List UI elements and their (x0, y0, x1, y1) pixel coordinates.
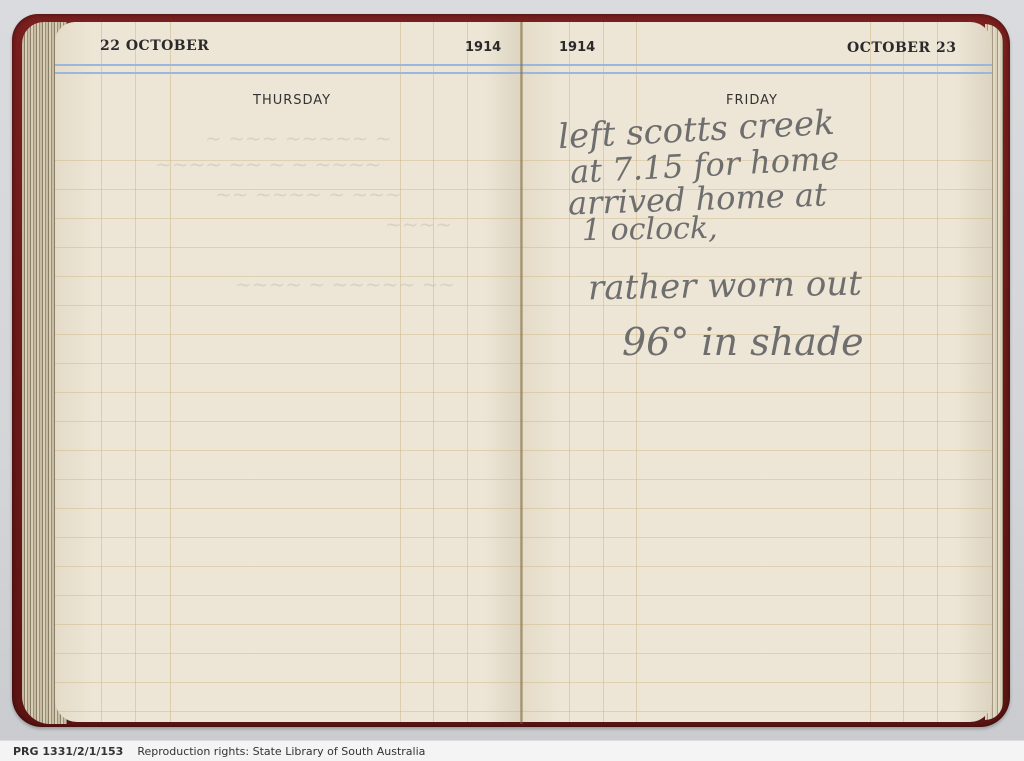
year-label: 1914 (465, 40, 501, 55)
grid-line (467, 22, 468, 722)
header-rule (522, 64, 992, 74)
grid-line (903, 22, 904, 722)
diary-page-left: 22 OCTOBER 1914 THURSDAY ~ ~~~ ~~~~~ ~ ~… (55, 22, 522, 722)
grid-line (135, 22, 136, 722)
catalog-reference: PRG 1331/2/1/153 (13, 745, 123, 758)
bleed-through-text: ~~~~ ~ ~~~~~ ~~ (235, 272, 455, 296)
grid-line (400, 22, 401, 722)
grid-line (101, 22, 102, 722)
handwriting-line: 1 oclock, (582, 211, 718, 248)
header-rule (55, 64, 522, 74)
handwriting-line: rather worn out (588, 264, 862, 309)
image-caption-bar: PRG 1331/2/1/153 Reproduction rights: St… (0, 740, 1024, 761)
grid-line (870, 22, 871, 722)
weekday-label: THURSDAY (253, 93, 331, 108)
year-label: 1914 (559, 40, 595, 55)
grid-line (170, 22, 171, 722)
bleed-through-text: ~~~~ (385, 212, 452, 236)
grid-line (433, 22, 434, 722)
bleed-through-text: ~~ ~~~~ ~ ~~~ (215, 182, 402, 206)
bleed-through-text: ~~~~ ~~ ~ ~ ~~~~ (155, 152, 382, 176)
book-spine-gutter (520, 22, 523, 724)
diary-page-right: 1914 OCTOBER 23 FRIDAY left scotts creek… (522, 22, 992, 722)
bleed-through-text: ~ ~~~ ~~~~~ ~ (205, 126, 392, 150)
date-label: OCTOBER 23 (847, 40, 956, 56)
handwriting-line: 96° in shade (622, 320, 864, 364)
date-label: 22 OCTOBER (100, 38, 209, 54)
rights-statement: Reproduction rights: State Library of So… (137, 745, 425, 758)
grid-line (937, 22, 938, 722)
